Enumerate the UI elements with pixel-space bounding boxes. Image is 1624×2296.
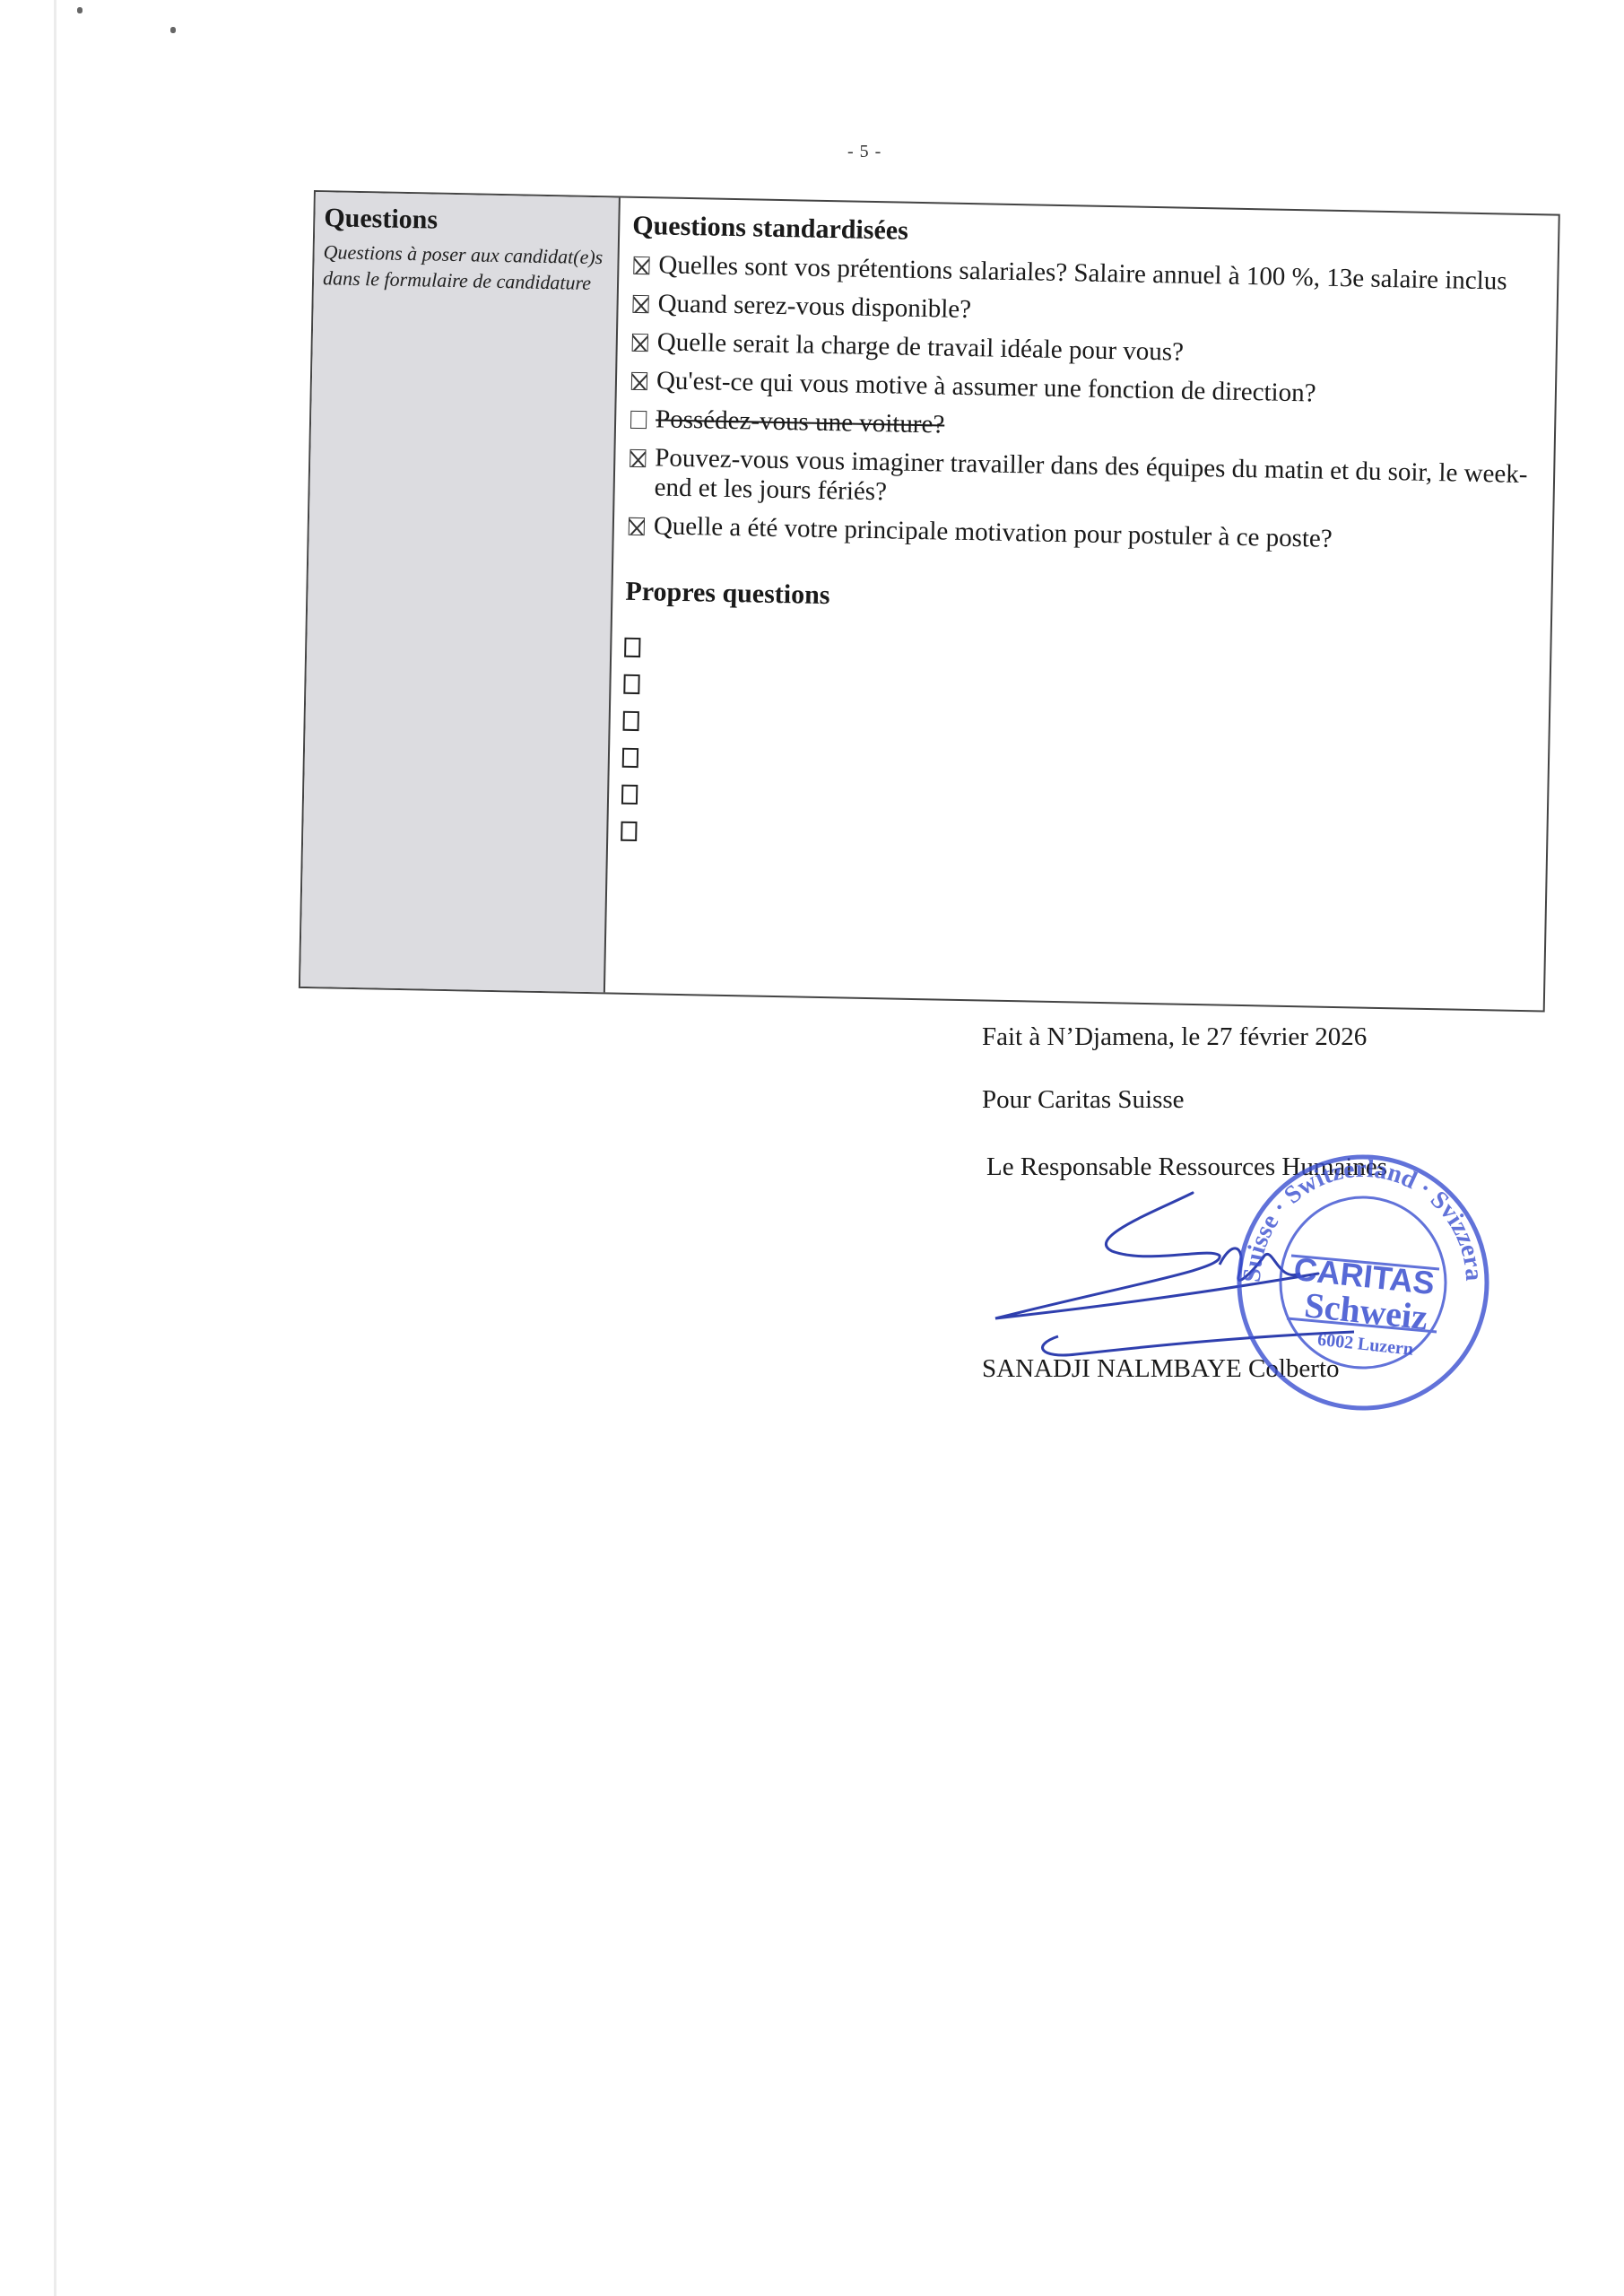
standard-question-item: Pouvez-vous vous imaginer travailler dan… — [627, 443, 1541, 520]
standard-question-item: Qu'est-ce qui vous motive à assumer une … — [630, 366, 1542, 413]
checked-checkbox-icon[interactable] — [632, 295, 648, 313]
questions-label-column: Questions Questions à poser aux candidat… — [300, 192, 621, 992]
empty-checkbox-icon[interactable] — [622, 748, 638, 768]
question-text: Quand serez-vous disponible? — [657, 289, 971, 325]
question-text: Quelle serait la charge de travail idéal… — [656, 327, 1184, 367]
place-date: Fait à N’Djamena, le 27 février 2026 — [982, 1022, 1367, 1052]
empty-checkbox-icon[interactable] — [621, 822, 637, 841]
question-text: Quelle a été votre principale motivation… — [654, 511, 1333, 554]
standard-question-item: Quelle a été votre principale motivation… — [627, 511, 1540, 559]
empty-checkbox-icon[interactable] — [622, 711, 638, 731]
standard-question-item: Possédez-vous une voiture? — [629, 404, 1541, 452]
empty-checkbox-icon[interactable] — [621, 785, 638, 804]
scan-speck — [77, 7, 83, 13]
own-questions-heading: Propres questions — [625, 577, 1538, 625]
organization: Pour Caritas Suisse — [982, 1085, 1185, 1115]
questions-content-column: Questions standardisées Quelles sont vos… — [605, 198, 1559, 1011]
question-text: Quelles sont vos prétentions salariales?… — [658, 250, 1507, 296]
page-number: - 5 - — [847, 142, 881, 162]
checked-checkbox-icon[interactable] — [630, 449, 646, 467]
caritas-stamp: CARITAS Schweiz 6002 Luzern Suisse · Swi… — [1229, 1144, 1498, 1422]
scan-edge — [54, 0, 56, 2296]
empty-checkbox-icon[interactable] — [623, 674, 639, 694]
checked-checkbox-icon[interactable] — [631, 372, 647, 390]
question-text: Possédez-vous une voiture? — [656, 404, 945, 439]
standard-question-item: Quelle serait la charge de travail idéal… — [630, 327, 1542, 375]
empty-checkbox-icon[interactable] — [624, 638, 640, 657]
question-text: Pouvez-vous vous imaginer travailler dan… — [654, 443, 1541, 519]
standard-question-item: Quand serez-vous disponible? — [630, 289, 1543, 336]
checked-checkbox-icon[interactable] — [633, 257, 649, 274]
standard-questions-heading: Questions standardisées — [632, 211, 1545, 259]
scan-speck — [170, 27, 176, 33]
standard-questions-list: Quelles sont vos prétentions salariales?… — [627, 250, 1545, 558]
questions-table: Questions Questions à poser aux candidat… — [299, 190, 1560, 1013]
empty-checkbox-icon[interactable] — [630, 411, 647, 429]
question-text: Qu'est-ce qui vous motive à assumer une … — [656, 366, 1316, 408]
checked-checkbox-icon[interactable] — [632, 334, 648, 352]
checked-checkbox-icon[interactable] — [629, 517, 645, 535]
standard-question-item: Quelles sont vos prétentions salariales?… — [631, 250, 1544, 298]
own-questions-list — [621, 638, 1537, 859]
questions-description: Questions à poser aux candidat(e)s dans … — [323, 239, 609, 296]
questions-heading: Questions — [324, 203, 610, 239]
